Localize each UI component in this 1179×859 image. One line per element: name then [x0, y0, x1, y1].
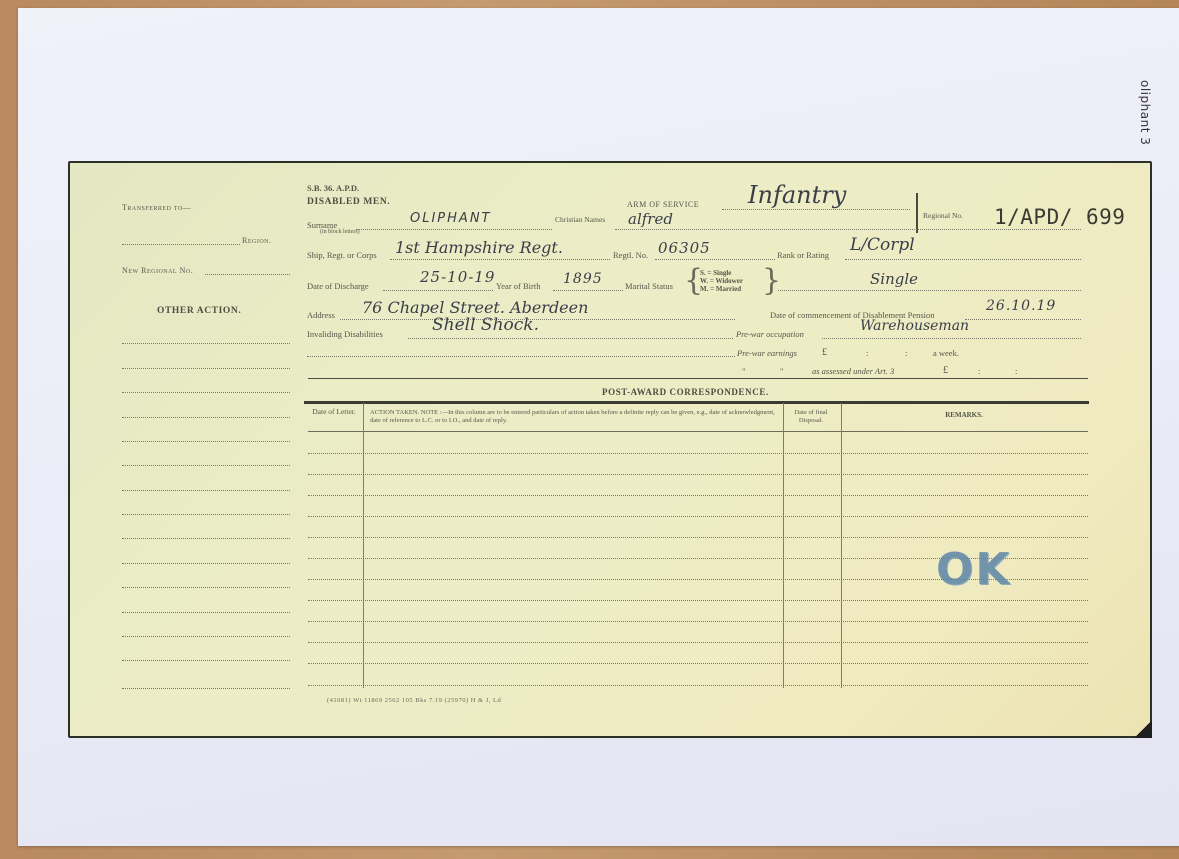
surname-value: OLIPHANT: [410, 211, 491, 226]
christian-names-line: [615, 229, 915, 230]
date-of-discharge-label: Date of Discharge: [307, 281, 369, 291]
year-of-birth-value: 1895: [563, 271, 603, 287]
invaliding-disabilities-value: Shell Shock.: [432, 315, 539, 335]
marital-status-value: Single: [870, 270, 918, 288]
assessed-ditto-1: ": [742, 366, 745, 376]
ok-stamp: OK: [936, 544, 1012, 595]
prewar-earnings-label: Pre-war earnings: [737, 348, 797, 358]
form-code: S.B. 36. A.P.D.: [307, 183, 359, 193]
assessed-currency: £: [943, 365, 948, 376]
marital-status-options: S. = Single W. = Widower M. = Married: [700, 269, 743, 293]
surname-line: [356, 229, 552, 230]
post-award-top-rule: [304, 401, 1089, 404]
arm-of-service-label: ARM OF SERVICE: [627, 200, 699, 209]
christian-names-label: Christian Names: [555, 216, 605, 224]
regional-divider: [916, 193, 918, 233]
prewar-earnings-currency: £: [822, 347, 827, 358]
surname-sublabel: (in block letters): [320, 229, 360, 235]
assessed-ditto-2: ": [780, 366, 783, 376]
arm-of-service-line: [722, 209, 910, 210]
rank-line: [845, 259, 1081, 260]
col-divider-1: [363, 403, 364, 688]
date-of-discharge-line: [383, 290, 493, 291]
marital-option-married: M. = Married: [700, 285, 743, 293]
year-of-birth-line: [553, 290, 623, 291]
section-divider: [308, 378, 1088, 379]
invaliding-disabilities-line: [408, 338, 733, 339]
margin-handwritten-note: oliphant 3: [1138, 80, 1152, 145]
prewar-occupation-value: Warehouseman: [860, 318, 969, 334]
marital-status-line: [778, 290, 1081, 291]
ship-regt-corps-value: 1st Hampshire Regt.: [395, 238, 563, 257]
col-header-remarks: REMARKS.: [842, 411, 1086, 420]
christian-names-value: alfred: [628, 210, 673, 228]
pension-date-value: 26.10.19: [986, 298, 1056, 314]
marital-status-label: Marital Status: [625, 281, 673, 291]
prewar-occupation-line: [822, 338, 1081, 339]
new-regional-no-line: [205, 274, 290, 275]
other-action-label: OTHER ACTION.: [157, 306, 241, 316]
col-header-final-disposal: Date of final Disposal.: [786, 409, 836, 425]
regtl-no-value: 06305: [658, 239, 711, 257]
date-of-discharge-value: 25-10-19: [420, 268, 495, 286]
marital-option-widower: W. = Widower: [700, 277, 743, 285]
transferred-to-label: Transferred to—: [122, 203, 191, 212]
arm-of-service-value: Infantry: [748, 181, 846, 209]
assessed-sep2: :: [1015, 366, 1017, 376]
post-award-header-rule: [308, 431, 1088, 432]
col-divider-2: [783, 403, 784, 688]
regional-line: [916, 229, 1081, 230]
prewar-earnings-suffix: a week.: [933, 348, 959, 358]
form-title: DISABLED MEN.: [307, 197, 390, 207]
marital-option-single: S. = Single: [700, 269, 743, 277]
pension-record-card: Transferred to— Region. New Regional No.…: [68, 161, 1152, 738]
col-header-action-taken: ACTION TAKEN. NOTE :—In this column are …: [370, 409, 778, 425]
regional-no-value: 1/APD/ 699: [994, 205, 1125, 229]
region-label: Region.: [242, 236, 272, 245]
col-divider-3: [841, 403, 842, 688]
transferred-to-line: [122, 244, 240, 245]
printer-imprint: (41081) Wt 11869 2562 105 Bks 7.19 (2597…: [327, 697, 501, 704]
rank-value: L/Corpl: [850, 235, 915, 255]
year-of-birth-label: Year of Birth: [496, 281, 540, 291]
invaliding-disabilities-label: Invaliding Disabilities: [307, 329, 383, 339]
regtl-no-label: Regtl. No.: [613, 250, 648, 260]
regtl-no-line: [655, 259, 775, 260]
pension-date-line: [965, 319, 1081, 320]
ship-regt-corps-line: [390, 259, 610, 260]
right-brace: }: [762, 263, 781, 298]
prewar-earnings-sep1: :: [866, 348, 868, 358]
rank-label: Rank or Rating: [777, 250, 829, 260]
post-award-title: POST-AWARD CORRESPONDENCE.: [602, 387, 769, 397]
ship-regt-corps-label: Ship, Regt. or Corps: [307, 250, 377, 260]
prewar-occupation-label: Pre-war occupation: [736, 329, 804, 339]
col-header-date-of-letter: Date of Letter.: [310, 407, 358, 416]
assessed-sep1: :: [978, 366, 980, 376]
disabilities-extra-line: [307, 356, 735, 357]
address-label: Address: [307, 310, 335, 320]
assessed-label: as assessed under Art. 3: [812, 366, 894, 376]
new-regional-no-label: New Regional No.: [122, 266, 193, 275]
regional-no-label: Regional No.: [923, 211, 963, 220]
prewar-earnings-sep2: :: [905, 348, 907, 358]
